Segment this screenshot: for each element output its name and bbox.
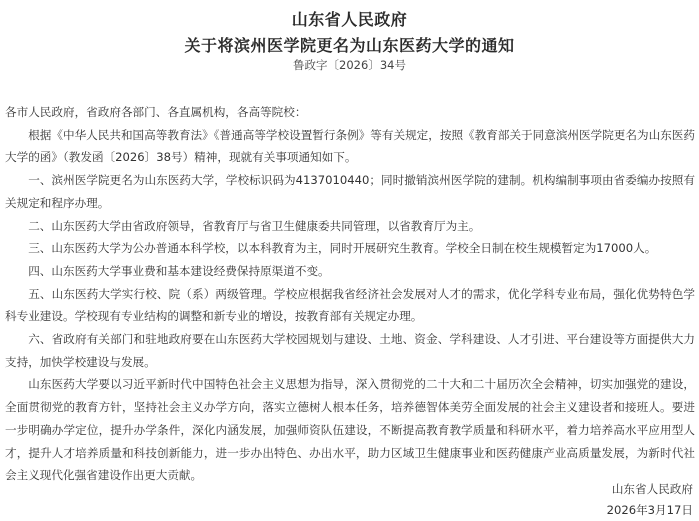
item-3: 三、山东医药大学为公办普通本科学校，以本科教育为主，同时开展研究生教育。学校全日… [5, 237, 695, 260]
salutation: 各市人民政府，省政府各部门、各直属机构，各高等院校： [5, 101, 695, 124]
intro-paragraph: 根据《中华人民共和国高等教育法》《普通高等学校设置暂行条例》等有关规定，按照《教… [5, 124, 695, 169]
signature-date: 2026年3月17日 [607, 502, 693, 518]
notice-body: 各市人民政府，省政府各部门、各直属机构，各高等院校： 根据《中华人民共和国高等教… [5, 101, 695, 487]
signature-issuer: 山东省人民政府 [612, 481, 693, 497]
item-5: 五、山东医药大学实行校、院（系）两级管理。学校应根据我省经济社会发展对人才的需求… [5, 283, 695, 328]
item-1: 一、滨州医学院更名为山东医药大学，学校标识码为4137010440；同时撤销滨州… [5, 169, 695, 214]
issuer-heading: 山东省人民政府 [0, 7, 699, 30]
item-4: 四、山东医药大学事业费和基本建设经费保持原渠道不变。 [5, 260, 695, 283]
document-number: 鲁政字〔2026〕34号 [0, 57, 699, 73]
notice-title: 关于将滨州医学院更名为山东医药大学的通知 [0, 33, 699, 56]
item-2: 二、山东医药大学由省政府领导，省教育厅与省卫生健康委共同管理，以省教育厅为主。 [5, 215, 695, 238]
notice-document: 山东省人民政府 关于将滨州医学院更名为山东医药大学的通知 鲁政字〔2026〕34… [0, 0, 699, 521]
item-6: 六、省政府有关部门和驻地政府要在山东医药大学校园规划与建设、土地、资金、学科建设… [5, 328, 695, 373]
closing-paragraph: 山东医药大学要以习近平新时代中国特色社会主义思想为指导，深入贯彻党的二十大和二十… [5, 373, 695, 487]
